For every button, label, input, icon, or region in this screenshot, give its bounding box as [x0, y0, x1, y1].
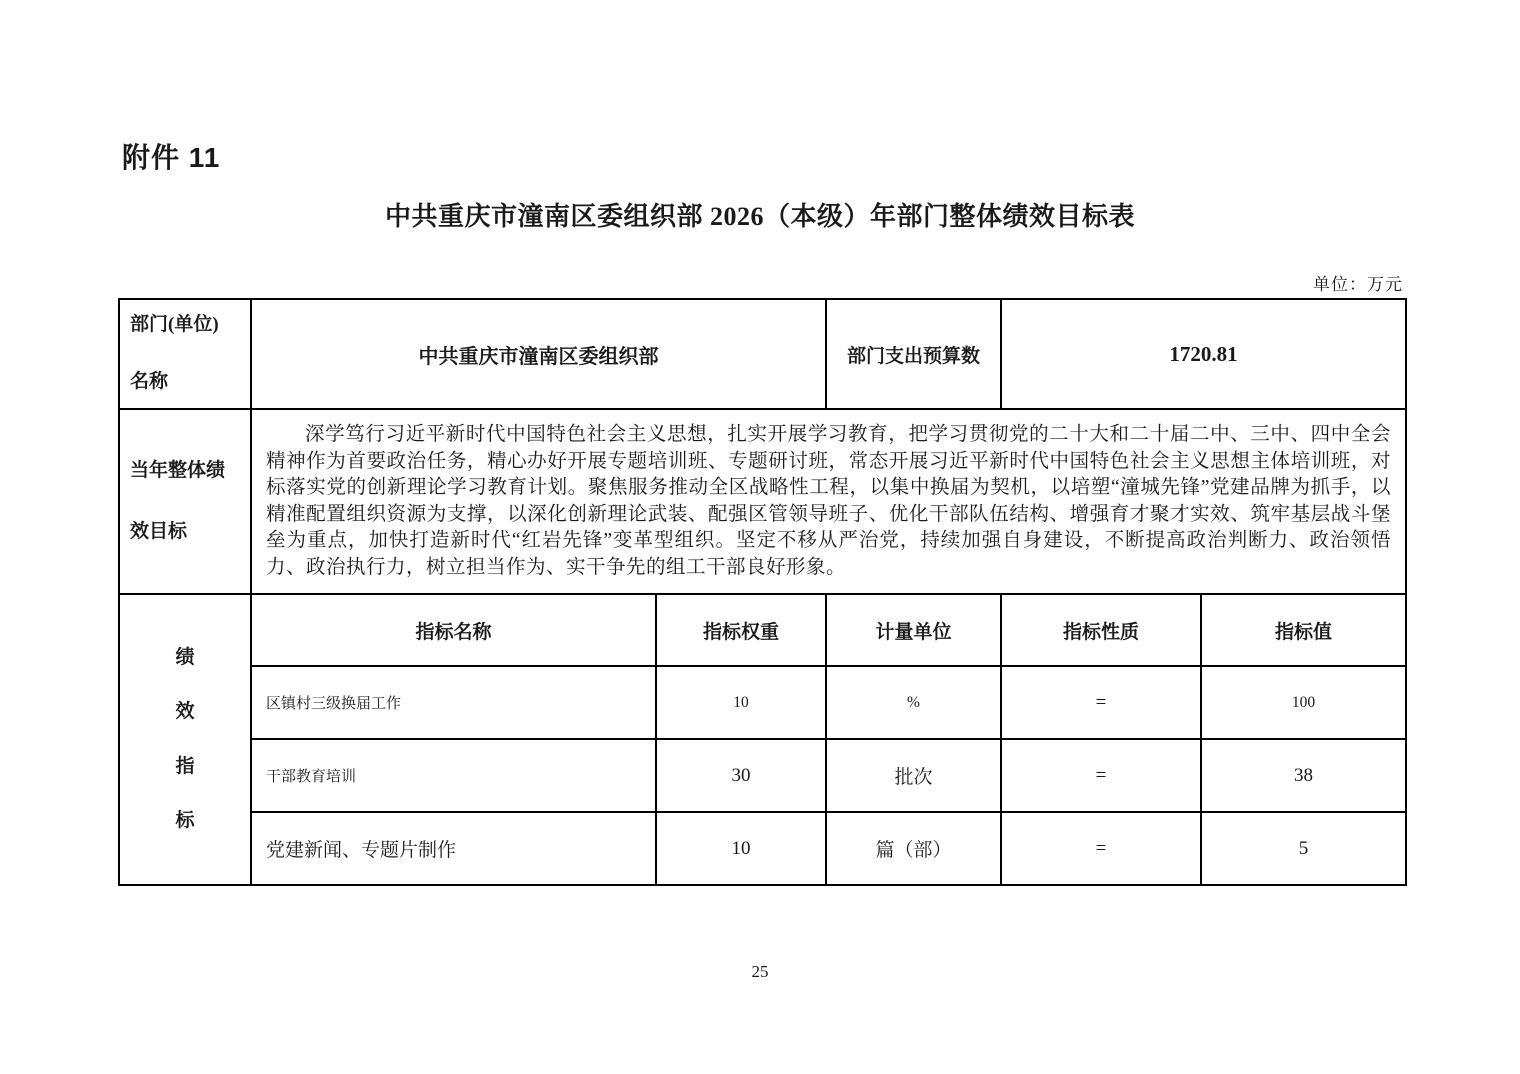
dept-name-label: 部门(单位) 名称 — [119, 299, 251, 409]
budget-label: 部门支出预算数 — [826, 299, 1001, 409]
budget-value: 1720.81 — [1001, 299, 1406, 409]
goal-text: 深学笃行习近平新时代中国特色社会主义思想，扎实开展学习教育，把学习贯彻党的二十大… — [266, 422, 1391, 581]
indicator-row: 区镇村三级换届工作 10 % = 100 — [119, 666, 1406, 739]
indicator-value: 5 — [1201, 812, 1406, 885]
indicator-unit: 篇（部） — [826, 812, 1001, 885]
col-header-nature: 指标性质 — [1001, 594, 1201, 666]
indicator-section-label-text: 绩效指标 — [175, 631, 196, 848]
dept-name-label-line2: 名称 — [130, 371, 244, 394]
attachment-label: 附件 11 — [122, 136, 220, 176]
col-header-value: 指标值 — [1201, 594, 1406, 666]
indicator-nature: = — [1001, 812, 1201, 885]
table-row: 当年整体绩 效目标 深学笃行习近平新时代中国特色社会主义思想，扎实开展学习教育，… — [119, 409, 1406, 594]
indicator-unit: 批次 — [826, 739, 1001, 812]
indicator-name: 区镇村三级换届工作 — [251, 666, 656, 739]
indicator-nature: = — [1001, 739, 1201, 812]
indicator-weight: 10 — [656, 666, 826, 739]
page-number: 25 — [0, 962, 1520, 982]
dept-name-value: 中共重庆市潼南区委组织部 — [251, 299, 826, 409]
col-header-unit: 计量单位 — [826, 594, 1001, 666]
performance-table: 部门(单位) 名称 中共重庆市潼南区委组织部 部门支出预算数 1720.81 当… — [118, 298, 1407, 886]
unit-note: 单位：万元 — [118, 270, 1403, 295]
document-title: 中共重庆市潼南区委组织部 2026（本级）年部门整体绩效目标表 — [0, 196, 1520, 233]
dept-name-label-line1: 部门(单位) — [130, 314, 244, 337]
goal-label-line1: 当年整体绩 — [130, 460, 244, 483]
col-header-name: 指标名称 — [251, 594, 656, 666]
goal-label-line2: 效目标 — [130, 521, 244, 544]
indicator-value: 38 — [1201, 739, 1406, 812]
indicator-header-row: 绩效指标 指标名称 指标权重 计量单位 指标性质 指标值 — [119, 594, 1406, 666]
indicator-row: 干部教育培训 30 批次 = 38 — [119, 739, 1406, 812]
col-header-weight: 指标权重 — [656, 594, 826, 666]
indicator-nature: = — [1001, 666, 1201, 739]
indicator-row: 党建新闻、专题片制作 10 篇（部） = 5 — [119, 812, 1406, 885]
goal-text-cell: 深学笃行习近平新时代中国特色社会主义思想，扎实开展学习教育，把学习贯彻党的二十大… — [251, 409, 1406, 594]
indicator-value: 100 — [1201, 666, 1406, 739]
indicator-section-label: 绩效指标 — [119, 594, 251, 885]
indicator-weight: 30 — [656, 739, 826, 812]
table-row: 部门(单位) 名称 中共重庆市潼南区委组织部 部门支出预算数 1720.81 — [119, 299, 1406, 409]
indicator-unit: % — [826, 666, 1001, 739]
indicator-name: 党建新闻、专题片制作 — [251, 812, 656, 885]
indicator-name: 干部教育培训 — [251, 739, 656, 812]
goal-label: 当年整体绩 效目标 — [119, 409, 251, 594]
indicator-weight: 10 — [656, 812, 826, 885]
document-page: 附件 11 中共重庆市潼南区委组织部 2026（本级）年部门整体绩效目标表 单位… — [0, 0, 1520, 1074]
